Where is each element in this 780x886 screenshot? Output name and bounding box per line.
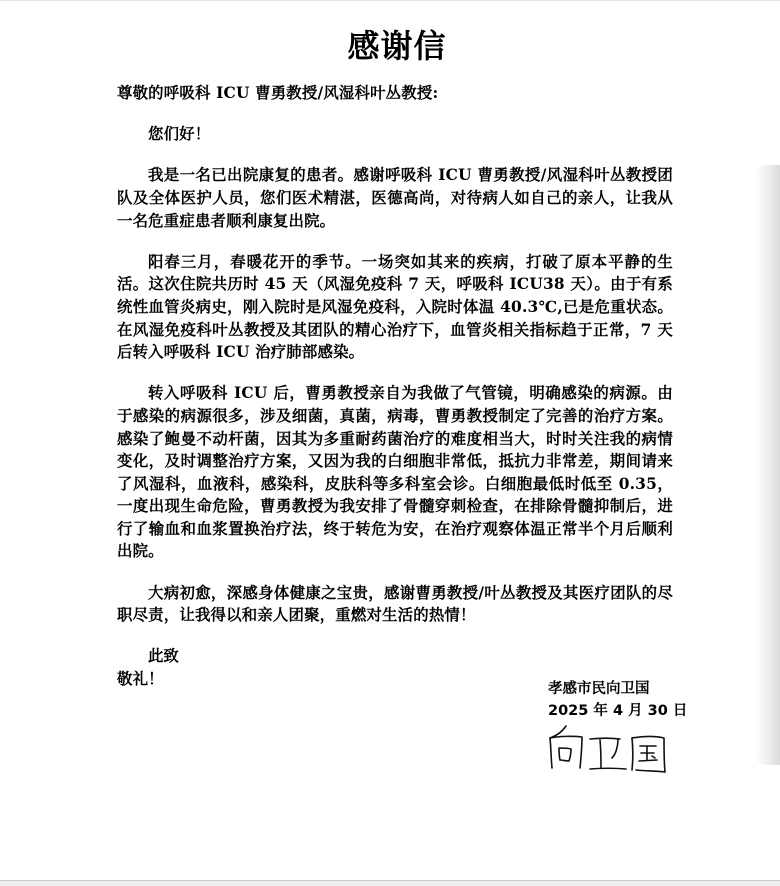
- spacer: [117, 563, 673, 582]
- top-border: [0, 0, 780, 1]
- salutation: 尊敬的呼吸科 ICU 曹勇教授/风湿科叶丛教授:: [117, 82, 673, 105]
- spacer: [117, 364, 673, 383]
- paragraph-1: 我是一名已出院康复的患者。感谢呼吸科 ICU 曹勇教授/风湿科叶丛教授团队及全体…: [117, 164, 673, 232]
- paragraph-3: 转入呼吸科 ICU 后，曹勇教授亲自为我做了气管镜，明确感染的病源。由于感染的病…: [117, 382, 673, 563]
- bottom-edge: [0, 880, 780, 886]
- letter-page: 感谢信 尊敬的呼吸科 ICU 曹勇教授/风湿科叶丛教授: 您们好！ 我是一名已出…: [117, 24, 673, 691]
- spacer: [117, 146, 673, 165]
- handwritten-signature-icon: [546, 724, 670, 774]
- letter-date: 2025 年 4 月 30 日: [548, 700, 687, 722]
- spacer: [117, 105, 673, 124]
- spacer: [117, 232, 673, 251]
- spacer: [117, 627, 673, 646]
- page-edge-shadow: [754, 165, 780, 765]
- paragraph-2: 阳春三月，春暖花开的季节。一场突如其来的疾病，打破了原本平静的生活。这次住院共历…: [117, 251, 673, 364]
- paragraph-4: 大病初愈，深感身体健康之宝贵，感谢曹勇教授/叶丛教授及其医疗团队的尽职尽责，让我…: [117, 582, 673, 627]
- signature-block: 孝感市民向卫国 2025 年 4 月 30 日: [548, 678, 687, 722]
- closing-line-1: 此致: [117, 645, 673, 668]
- signer-name: 孝感市民向卫国: [548, 678, 687, 700]
- letter-title: 感谢信: [117, 24, 673, 68]
- greeting: 您们好！: [117, 123, 673, 146]
